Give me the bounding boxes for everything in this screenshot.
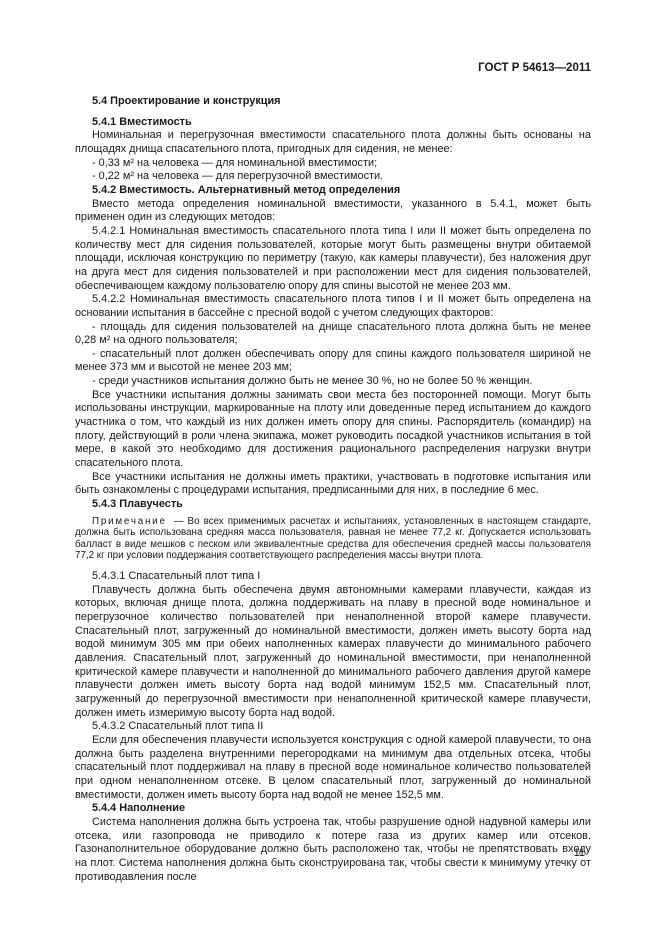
note-label: Примечание [92,516,167,527]
heading-5-4: 5.4 Проектирование и конструкция [75,95,591,109]
paragraph-5-4-2-intro: Вместо метода определения номинальной вм… [75,198,591,225]
paragraph-5-4-3-2: Если для обеспечения плавучести использу… [75,734,591,802]
heading-5-4-4: 5.4.4 Наполнение [75,802,591,816]
heading-5-4-2: 5.4.2 Вместимость. Альтернативный метод … [75,184,591,198]
paragraph-test-participants-seating: Все участники испытания должны занимать … [75,389,591,471]
note-block: Примечание— Во всех применимых расчетах … [75,516,591,562]
paragraph-5-4-2-1: 5.4.2.1 Номинальная вместимость спасател… [75,225,591,293]
list-item-seating-area: - площадь для сидения пользователей на д… [75,321,591,348]
list-item-nominal-capacity: - 0,33 м² на человека — для номинальной … [75,157,591,171]
heading-5-4-1: 5.4.1 Вместимость [75,116,591,130]
paragraph-5-4-3-1: Плавучесть должна быть обеспечена двумя … [75,584,591,721]
heading-5-4-3: 5.4.3 Плавучесть [75,498,591,512]
paragraph-5-4-2-2: 5.4.2.2 Номинальная вместимость спасател… [75,293,591,320]
list-item-back-support: - спасательный плот должен обеспечивать … [75,348,591,375]
paragraph-test-participants-experience: Все участники испытания не должны иметь … [75,471,591,498]
paragraph-5-4-1-intro: Номинальная и перегрузочная вместимости … [75,129,591,156]
subheading-5-4-3-1: 5.4.3.1 Спасательный плот типа I [75,570,591,584]
document-page: ГОСТ Р 54613—2011 5.4 Проектирование и к… [0,0,661,935]
page-number: 11 [574,847,585,860]
list-item-women-percentage: - среди участников испытания должно быть… [75,375,591,389]
paragraph-5-4-4: Система наполнения должна быть устроена … [75,816,591,884]
doc-code: ГОСТ Р 54613—2011 [75,62,591,75]
subheading-5-4-3-2: 5.4.3.2 Спасательный плот типа II [75,720,591,734]
list-item-overload-capacity: - 0,22 м² на человека — для перегрузочно… [75,170,591,184]
